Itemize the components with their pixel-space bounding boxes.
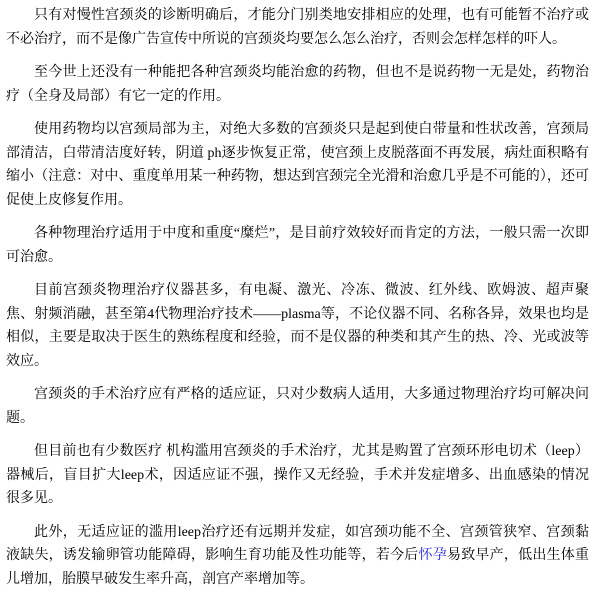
paragraph-2: 至今世上还没有一种能把各种宫颈炎均能治愈的药物，但也不是说药物一无是处，药物治疗… [6, 61, 589, 108]
paragraph-8: 此外，无适应证的滥用leep治疗还有远期并发症，如宫颈功能不全、宫颈管狭窄、宫颈… [6, 521, 589, 592]
paragraph-6: 宫颈炎的手术治疗应有严格的适应证，只对少数病人适用，大多通过物理治疗均可解决问题… [6, 383, 589, 430]
text-segment: 但目前也有少数医疗 机构滥用宫颈炎的手术治疗，尤其是购置了宫颈环形电切术（lee… [6, 444, 589, 506]
text-segment: 至今世上还没有一种能把各种宫颈炎均能治愈的药物，但也不是说药物一无是处，药物治疗… [6, 65, 589, 104]
paragraph-1: 只有对慢性宫颈炎的诊断明确后，才能分门别类地安排相应的处理，也有可能暂不治疗或不… [6, 4, 589, 51]
paragraph-4: 各种物理治疗适用于中度和重度“糜烂”，是目前疗效较好而肯定的方法，一般只需一次即… [6, 222, 589, 269]
paragraph-3: 使用药物均以宫颈局部为主，对绝大多数的宫颈炎只是起到使白带量和性状改善，宫颈局部… [6, 118, 589, 212]
text-segment: 只有对慢性宫颈炎的诊断明确后，才能分门别类地安排相应的处理，也有可能暂不治疗或不… [6, 8, 589, 47]
paragraph-7: 但目前也有少数医疗 机构滥用宫颈炎的手术治疗，尤其是购置了宫颈环形电切术（lee… [6, 440, 589, 511]
text-segment: 使用药物均以宫颈局部为主，对绝大多数的宫颈炎只是起到使白带量和性状改善，宫颈局部… [6, 122, 589, 208]
article-body: 只有对慢性宫颈炎的诊断明确后，才能分门别类地安排相应的处理，也有可能暂不治疗或不… [0, 0, 594, 591]
paragraph-5: 目前宫颈炎物理治疗仪器甚多，有电凝、激光、冷冻、微波、红外线、欧姆波、超声聚焦、… [6, 279, 589, 373]
text-segment: 宫颈炎的手术治疗应有严格的适应证，只对少数病人适用，大多通过物理治疗均可解决问题… [6, 387, 589, 426]
text-segment: 目前宫颈炎物理治疗仪器甚多，有电凝、激光、冷冻、微波、红外线、欧姆波、超声聚焦、… [6, 283, 589, 369]
text-segment: 各种物理治疗适用于中度和重度“糜烂”，是目前疗效较好而肯定的方法，一般只需一次即… [6, 226, 589, 265]
pregnancy-link[interactable]: 怀孕 [419, 548, 447, 563]
